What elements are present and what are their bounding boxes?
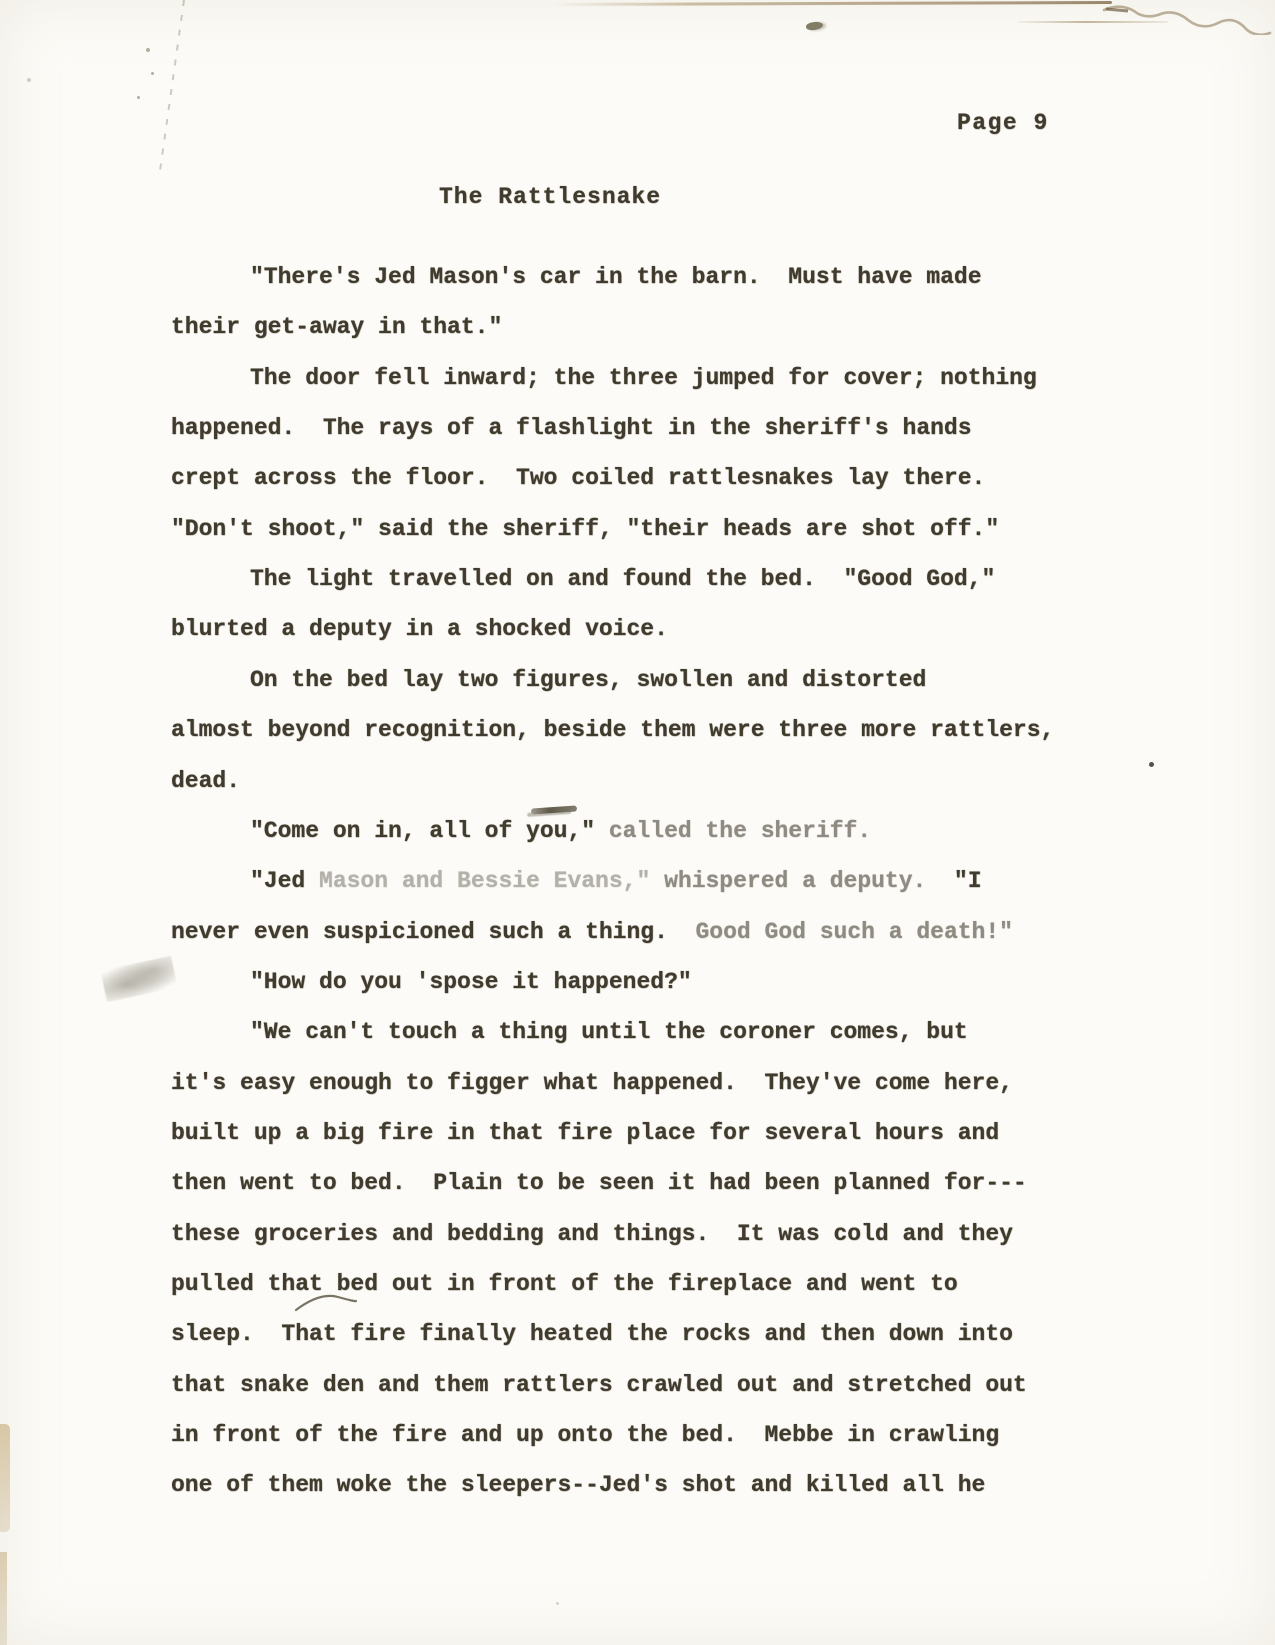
typed-line: in front of the fire and up onto the bed… (171, 1424, 999, 1447)
speck-artifact (151, 72, 154, 75)
typed-line: blurted a deputy in a shocked voice. (171, 618, 668, 641)
typed-line: On the bed lay two figures, swollen and … (250, 669, 926, 692)
speck-artifact (556, 1602, 559, 1605)
typed-line: The light travelled on and found the bed… (250, 568, 995, 591)
speck-artifact (1149, 762, 1154, 767)
typed-line: it's easy enough to figger what happened… (171, 1072, 1013, 1095)
typed-line: "How do you 'spose it happened?" (250, 971, 692, 994)
speck-artifact (137, 96, 140, 99)
typed-manuscript-page: Page 9 The Rattlesnake "There's Jed Maso… (0, 0, 1275, 1645)
pencil-squiggle-artifact (1102, 1, 1274, 35)
speck-artifact (27, 78, 31, 82)
typed-line: "Don't shoot," said the sheriff, "their … (171, 518, 999, 541)
typed-line: sleep. That fire finally heated the rock… (171, 1323, 1013, 1346)
typed-line: their get-away in that." (171, 316, 502, 339)
typed-line: "Come on in, all of you," called the she… (250, 820, 871, 843)
page-edge-tear-artifact (0, 1424, 10, 1532)
typed-line: built up a big fire in that fire place f… (171, 1122, 999, 1145)
typed-line: almost beyond recognition, beside them w… (171, 719, 1054, 742)
typed-line: The door fell inward; the three jumped f… (250, 367, 1037, 390)
typed-line: crept across the floor. Two coiled rattl… (171, 467, 985, 490)
speck-artifact (146, 48, 150, 52)
typed-line: "There's Jed Mason's car in the barn. Mu… (250, 266, 982, 289)
page-edge-tear-artifact (0, 1552, 7, 1645)
typed-line: that snake den and them rattlers crawled… (171, 1374, 1027, 1397)
typed-line: "Jed Mason and Bessie Evans," whispered … (250, 870, 982, 893)
typed-line: happened. The rays of a flashlight in th… (171, 417, 972, 440)
typed-line: then went to bed. Plain to be seen it ha… (171, 1172, 1027, 1195)
typed-line: "We can't touch a thing until the corone… (250, 1021, 968, 1044)
pencil-caret-mark (294, 1290, 358, 1314)
typed-line: never even suspicioned such a thing. Goo… (171, 921, 1013, 944)
typed-line: dead. (171, 770, 240, 793)
typed-line: these groceries and bedding and things. … (171, 1223, 1013, 1246)
typed-line: one of them woke the sleepers--Jed's sho… (171, 1474, 985, 1497)
typed-line: pulled that bed out in front of the fire… (171, 1273, 958, 1296)
typed-lines: "There's Jed Mason's car in the barn. Mu… (0, 0, 1275, 1645)
